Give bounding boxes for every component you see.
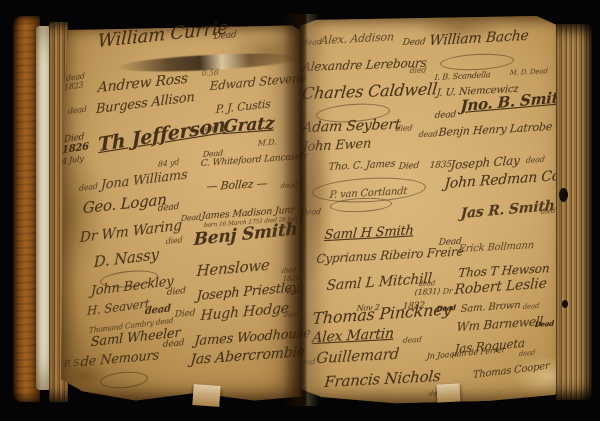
death-note: Dr — [442, 287, 453, 296]
page-edges-right — [556, 24, 592, 400]
signature: — Bollez — — [206, 178, 268, 192]
signature: John Ewen — [302, 137, 372, 154]
death-note: Died — [398, 162, 419, 172]
death-note: died — [166, 236, 183, 246]
death-note: dead — [523, 303, 540, 311]
death-note: dead — [68, 105, 87, 116]
death-note: dead — [280, 182, 297, 190]
signature: Robert Leslie — [454, 277, 547, 298]
death-note: 4 July — [62, 155, 84, 166]
signature: Hugh Hodge — [200, 301, 289, 323]
death-note: and — [300, 358, 315, 367]
death-note: died — [541, 208, 556, 216]
photo-background: William CurrieDeaddead1823Andrew Ross0.5… — [0, 0, 600, 421]
signature: Tho. C. James — [328, 160, 396, 174]
signature: Thomas Cooper — [473, 362, 550, 381]
death-note: Dead — [214, 31, 237, 42]
signature: Joseph Clay — [450, 154, 520, 171]
signature: William Currie — [97, 19, 228, 51]
signature: Alex. Addison — [320, 31, 394, 46]
signature: Cyprianus Ribeiro Freire — [316, 245, 464, 265]
signature: Geo. Logan — [82, 192, 166, 216]
death-note: died — [395, 124, 413, 133]
torn-page-tab-left — [192, 384, 220, 407]
death-note: P. S. — [64, 359, 82, 370]
signature: Gratz — [223, 115, 275, 136]
signature: William Bache — [429, 29, 529, 48]
signature: I. B. Scandella — [434, 71, 490, 82]
signature: Charles Caldwell — [301, 81, 438, 102]
signature: Francis Nichols — [324, 369, 442, 390]
death-note: dead — [525, 156, 544, 165]
death-note: dead — [418, 130, 438, 139]
death-note: Dead — [300, 208, 321, 217]
death-note: died — [284, 311, 299, 319]
death-note: M.D. — [258, 138, 277, 148]
death-note: dead — [302, 38, 322, 47]
death-note: (1831) — [414, 288, 440, 297]
signature: John Beckley — [91, 275, 174, 298]
signature: de Nemours — [80, 349, 159, 369]
death-note: 84 yd — [158, 158, 179, 169]
death-note: Dead — [180, 214, 201, 223]
signature: Jona Williams — [101, 168, 188, 192]
signature: Jn Joaquin de Ferrer — [427, 346, 506, 361]
death-note: dead — [434, 111, 456, 121]
death-note: died — [409, 66, 427, 75]
signature: P. J. Custis — [216, 98, 271, 115]
death-note: Dead — [535, 320, 555, 328]
signature: Guillemard — [316, 347, 400, 366]
signature: Alexandre Lerebours — [302, 57, 427, 73]
death-note: 0.58 — [201, 69, 219, 78]
torn-page-tab-right — [437, 383, 461, 402]
death-note: dead — [402, 336, 422, 345]
death-note: dead — [519, 350, 536, 358]
signature: Thomas Pinckney — [312, 301, 452, 327]
death-note: 1823 — [64, 81, 83, 92]
death-note: Dead — [402, 38, 426, 48]
death-note: dead — [287, 288, 304, 296]
signature: Alex Martin — [312, 327, 395, 345]
ink-blot — [559, 188, 568, 202]
signature: Adam Seybert — [302, 118, 402, 135]
death-note: Died — [175, 309, 196, 320]
signature: Henslowe — [196, 258, 270, 280]
death-note: dead — [79, 182, 98, 193]
signature: Wm Barnewell — [456, 315, 543, 333]
signatures-layer: William CurrieDeaddead1823Andrew Ross0.5… — [0, 0, 600, 421]
death-note: 1835 — [429, 161, 452, 171]
death-note: died — [167, 287, 186, 298]
ink-blot-small — [562, 300, 568, 308]
signature: Sam. Brown — [460, 301, 520, 315]
death-note: dead — [163, 339, 185, 350]
signature: Saml H Smith — [324, 224, 414, 242]
signature: D. Nassy — [94, 247, 159, 270]
signature: Benjn Henry Latrobe — [438, 121, 553, 138]
death-note: M. D. Dead — [509, 68, 547, 77]
signature: Erick Bollmann — [458, 241, 534, 255]
death-note: dead — [158, 203, 180, 214]
signature: Edward Stevens — [209, 72, 305, 92]
death-note: dead — [145, 304, 171, 317]
signature: P. van Cortlandt — [329, 187, 407, 201]
signature: H. Seavert — [87, 297, 150, 317]
signature: Jas Abercrombie — [190, 345, 305, 367]
